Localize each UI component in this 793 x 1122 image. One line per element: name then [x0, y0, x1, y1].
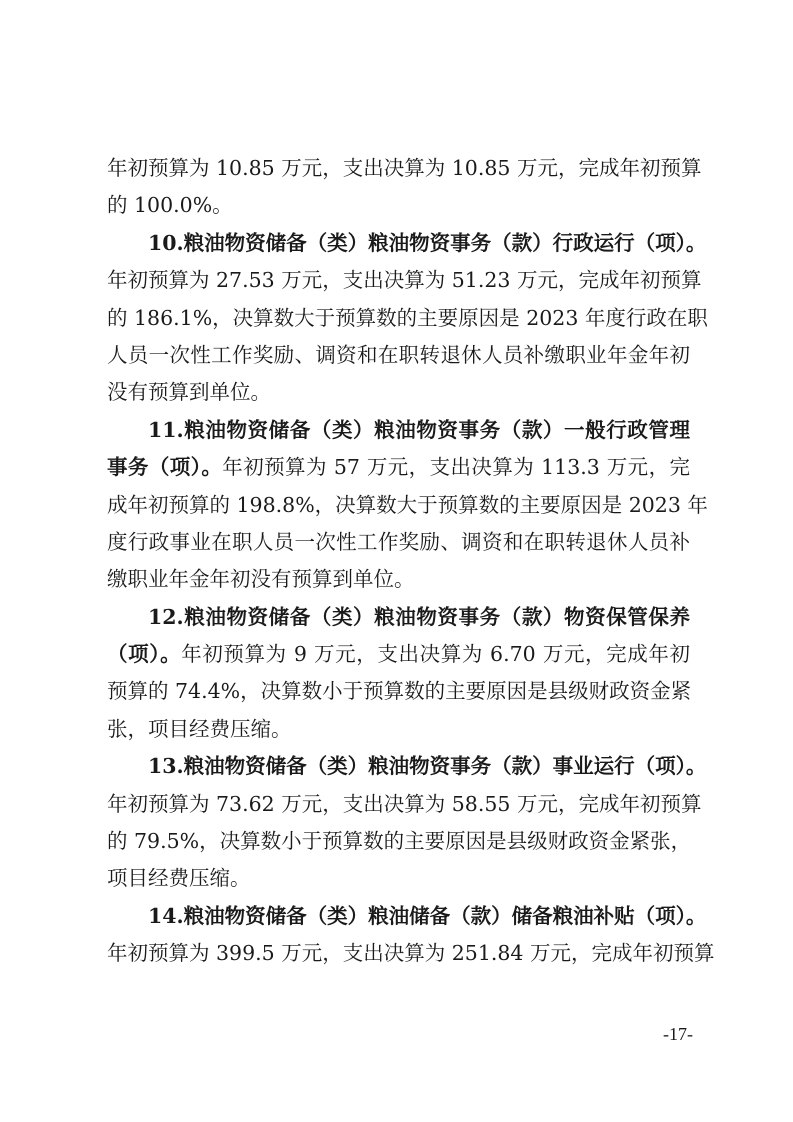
section-heading: 事务（项）。 [107, 455, 222, 479]
paragraph: 14.粮油物资储备（类）粮油储备（款）储备粮油补贴（项）。年初预算为 399.5… [107, 898, 690, 973]
text-line: 预算的 74.4%，决算数小于预算数的主要原因是县级财政资金紧 [107, 673, 690, 710]
body-text: 项目经费压缩。 [107, 866, 251, 890]
body-text: 年初预算为 399.5 万元，支出决算为 251.84 万元，完成年初预算 [107, 941, 714, 965]
text-line: 12.粮油物资储备（类）粮油物资事务（款）物资保管保养 [107, 599, 690, 636]
section-heading: （项）。 [107, 642, 181, 666]
body-text: 缴职业年金年初没有预算到单位。 [107, 567, 415, 591]
text-line: 没有预算到单位。 [107, 374, 690, 411]
body-text: 成年初预算的 198.8%，决算数大于预算数的主要原因是 2023 年 [107, 493, 708, 517]
body-text: 人员一次性工作奖励、调资和在职转退休人员补缴职业年金年初 [107, 343, 690, 367]
text-line: 项目经费压缩。 [107, 860, 690, 897]
body-text: 年初预算为 73.62 万元，支出决算为 58.55 万元，完成年初预算 [107, 792, 701, 816]
text-line: 年初预算为 73.62 万元，支出决算为 58.55 万元，完成年初预算 [107, 786, 690, 823]
section-heading: 10.粮油物资储备（类）粮油物资事务（款）行政运行（项）。 [148, 231, 706, 255]
text-line: 人员一次性工作奖励、调资和在职转退休人员补缴职业年金年初 [107, 337, 690, 374]
section-heading: 13.粮油物资储备（类）粮油物资事务（款）事业运行（项）。 [148, 754, 706, 778]
body-text: 年初预算为 10.85 万元，支出决算为 10.85 万元，完成年初预算 [107, 156, 701, 180]
text-line: 年初预算为 399.5 万元，支出决算为 251.84 万元，完成年初预算 [107, 935, 690, 972]
text-line: 事务（项）。年初预算为 57 万元，支出决算为 113.3 万元，完 [107, 449, 690, 486]
body-text: 张，项目经费压缩。 [107, 717, 292, 741]
body-text: 的 100.0%。 [107, 193, 233, 217]
section-heading: 12.粮油物资储备（类）粮油物资事务（款）物资保管保养 [148, 605, 690, 629]
text-line: 的 186.1%，决算数大于预算数的主要原因是 2023 年度行政在职 [107, 300, 690, 337]
body-text: 度行政事业在职人员一次性工作奖励、调资和在职转退休人员补 [107, 530, 690, 554]
text-line: 14.粮油物资储备（类）粮油储备（款）储备粮油补贴（项）。 [107, 898, 690, 935]
text-line: 年初预算为 27.53 万元，支出决算为 51.23 万元，完成年初预算 [107, 262, 690, 299]
paragraph: 13.粮油物资储备（类）粮油物资事务（款）事业运行（项）。年初预算为 73.62… [107, 748, 690, 898]
body-text: 预算的 74.4%，决算数小于预算数的主要原因是县级财政资金紧 [107, 679, 691, 703]
text-line: 缴职业年金年初没有预算到单位。 [107, 561, 690, 598]
body-text: 没有预算到单位。 [107, 380, 271, 404]
page-number: -17- [663, 1024, 693, 1045]
paragraph: 11.粮油物资储备（类）粮油物资事务（款）一般行政管理事务（项）。年初预算为 5… [107, 412, 690, 599]
body-text: 年初预算为 27.53 万元，支出决算为 51.23 万元，完成年初预算 [107, 268, 701, 292]
text-line: 的 79.5%，决算数小于预算数的主要原因是县级财政资金紧张， [107, 823, 690, 860]
text-line: 13.粮油物资储备（类）粮油物资事务（款）事业运行（项）。 [107, 748, 690, 785]
text-line: 张，项目经费压缩。 [107, 711, 690, 748]
body-text: 的 79.5%，决算数小于预算数的主要原因是县级财政资金紧张， [107, 829, 691, 853]
body-text: 的 186.1%，决算数大于预算数的主要原因是 2023 年度行政在职 [107, 306, 708, 330]
text-line: 11.粮油物资储备（类）粮油物资事务（款）一般行政管理 [107, 412, 690, 449]
paragraph: 10.粮油物资储备（类）粮油物资事务（款）行政运行（项）。年初预算为 27.53… [107, 225, 690, 412]
section-heading: 11.粮油物资储备（类）粮油物资事务（款）一般行政管理 [148, 418, 690, 442]
body-text: 年初预算为 57 万元，支出决算为 113.3 万元，完 [222, 455, 690, 479]
section-heading: 14.粮油物资储备（类）粮油储备（款）储备粮油补贴（项）。 [148, 904, 706, 928]
document-body: 年初预算为 10.85 万元，支出决算为 10.85 万元，完成年初预算的 10… [107, 150, 690, 973]
text-line: 的 100.0%。 [107, 187, 690, 224]
text-line: 度行政事业在职人员一次性工作奖励、调资和在职转退休人员补 [107, 524, 690, 561]
text-line: 年初预算为 10.85 万元，支出决算为 10.85 万元，完成年初预算 [107, 150, 690, 187]
body-text: 年初预算为 9 万元，支出决算为 6.70 万元，完成年初 [181, 642, 690, 666]
paragraph: 年初预算为 10.85 万元，支出决算为 10.85 万元，完成年初预算的 10… [107, 150, 690, 225]
text-line: 成年初预算的 198.8%，决算数大于预算数的主要原因是 2023 年 [107, 487, 690, 524]
text-line: 10.粮油物资储备（类）粮油物资事务（款）行政运行（项）。 [107, 225, 690, 262]
text-line: （项）。年初预算为 9 万元，支出决算为 6.70 万元，完成年初 [107, 636, 690, 673]
paragraph: 12.粮油物资储备（类）粮油物资事务（款）物资保管保养（项）。年初预算为 9 万… [107, 599, 690, 749]
